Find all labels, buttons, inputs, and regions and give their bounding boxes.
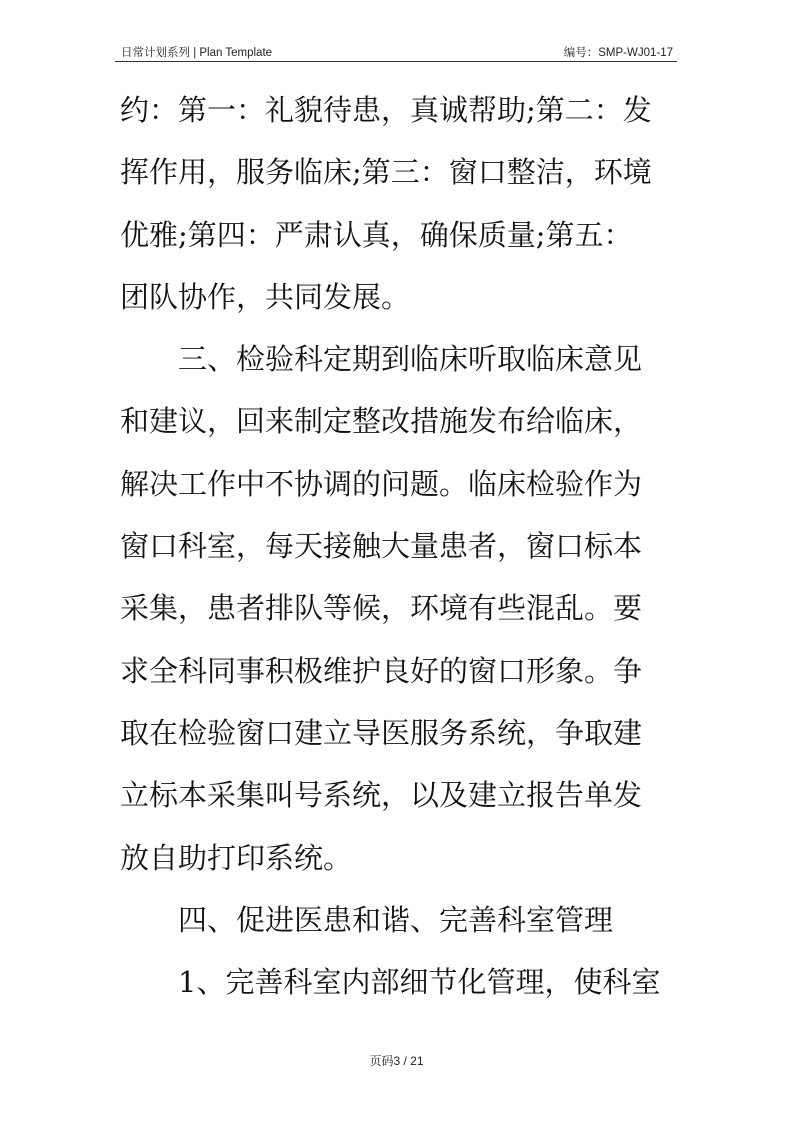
body-line: 优雅;第四：严肃认真，确保质量;第五： — [120, 204, 680, 266]
body-line: 约：第一：礼貌待患，真诚帮助;第二：发 — [120, 79, 680, 141]
body-line: 立标本采集叫号系统，以及建立报告单发 — [120, 764, 680, 826]
body-line: 窗口科室，每天接触大量患者，窗口标本 — [120, 515, 680, 577]
item-one-line: 1、完善科室内部细节化管理，使科室 — [120, 951, 680, 1013]
page-header: 日常计划系列 | Plan Template 编号：SMP-WJ01-17 — [115, 45, 677, 62]
body-line: 挥作用，服务临床;第三：窗口整洁，环境 — [120, 141, 680, 203]
page-footer: 页码3 / 21 — [0, 1052, 793, 1069]
body-line: 取在检验窗口建立导医服务系统，争取建 — [120, 702, 680, 764]
section-four-heading: 四、促进医患和谐、完善科室管理 — [120, 889, 680, 951]
header-series-title: 日常计划系列 | Plan Template — [121, 44, 272, 60]
page-number: 页码3 / 21 — [369, 1054, 423, 1068]
body-line: 放自助打印系统。 — [120, 827, 680, 889]
body-line: 求全科同事积极维护良好的窗口形象。争 — [120, 640, 680, 702]
body-line: 采集，患者排队等候，环境有些混乱。要 — [120, 577, 680, 639]
header-document-code: 编号：SMP-WJ01-17 — [564, 44, 673, 60]
body-line: 和建议，回来制定整改措施发布给临床， — [120, 390, 680, 452]
body-line: 解决工作中不协调的问题。临床检验作为 — [120, 453, 680, 515]
section-three-line: 三、检验科定期到临床听取临床意见 — [120, 328, 680, 390]
document-body: 约：第一：礼貌待患，真诚帮助;第二：发 挥作用，服务临床;第三：窗口整洁，环境 … — [120, 79, 680, 1013]
body-line: 团队协作，共同发展。 — [120, 266, 680, 328]
